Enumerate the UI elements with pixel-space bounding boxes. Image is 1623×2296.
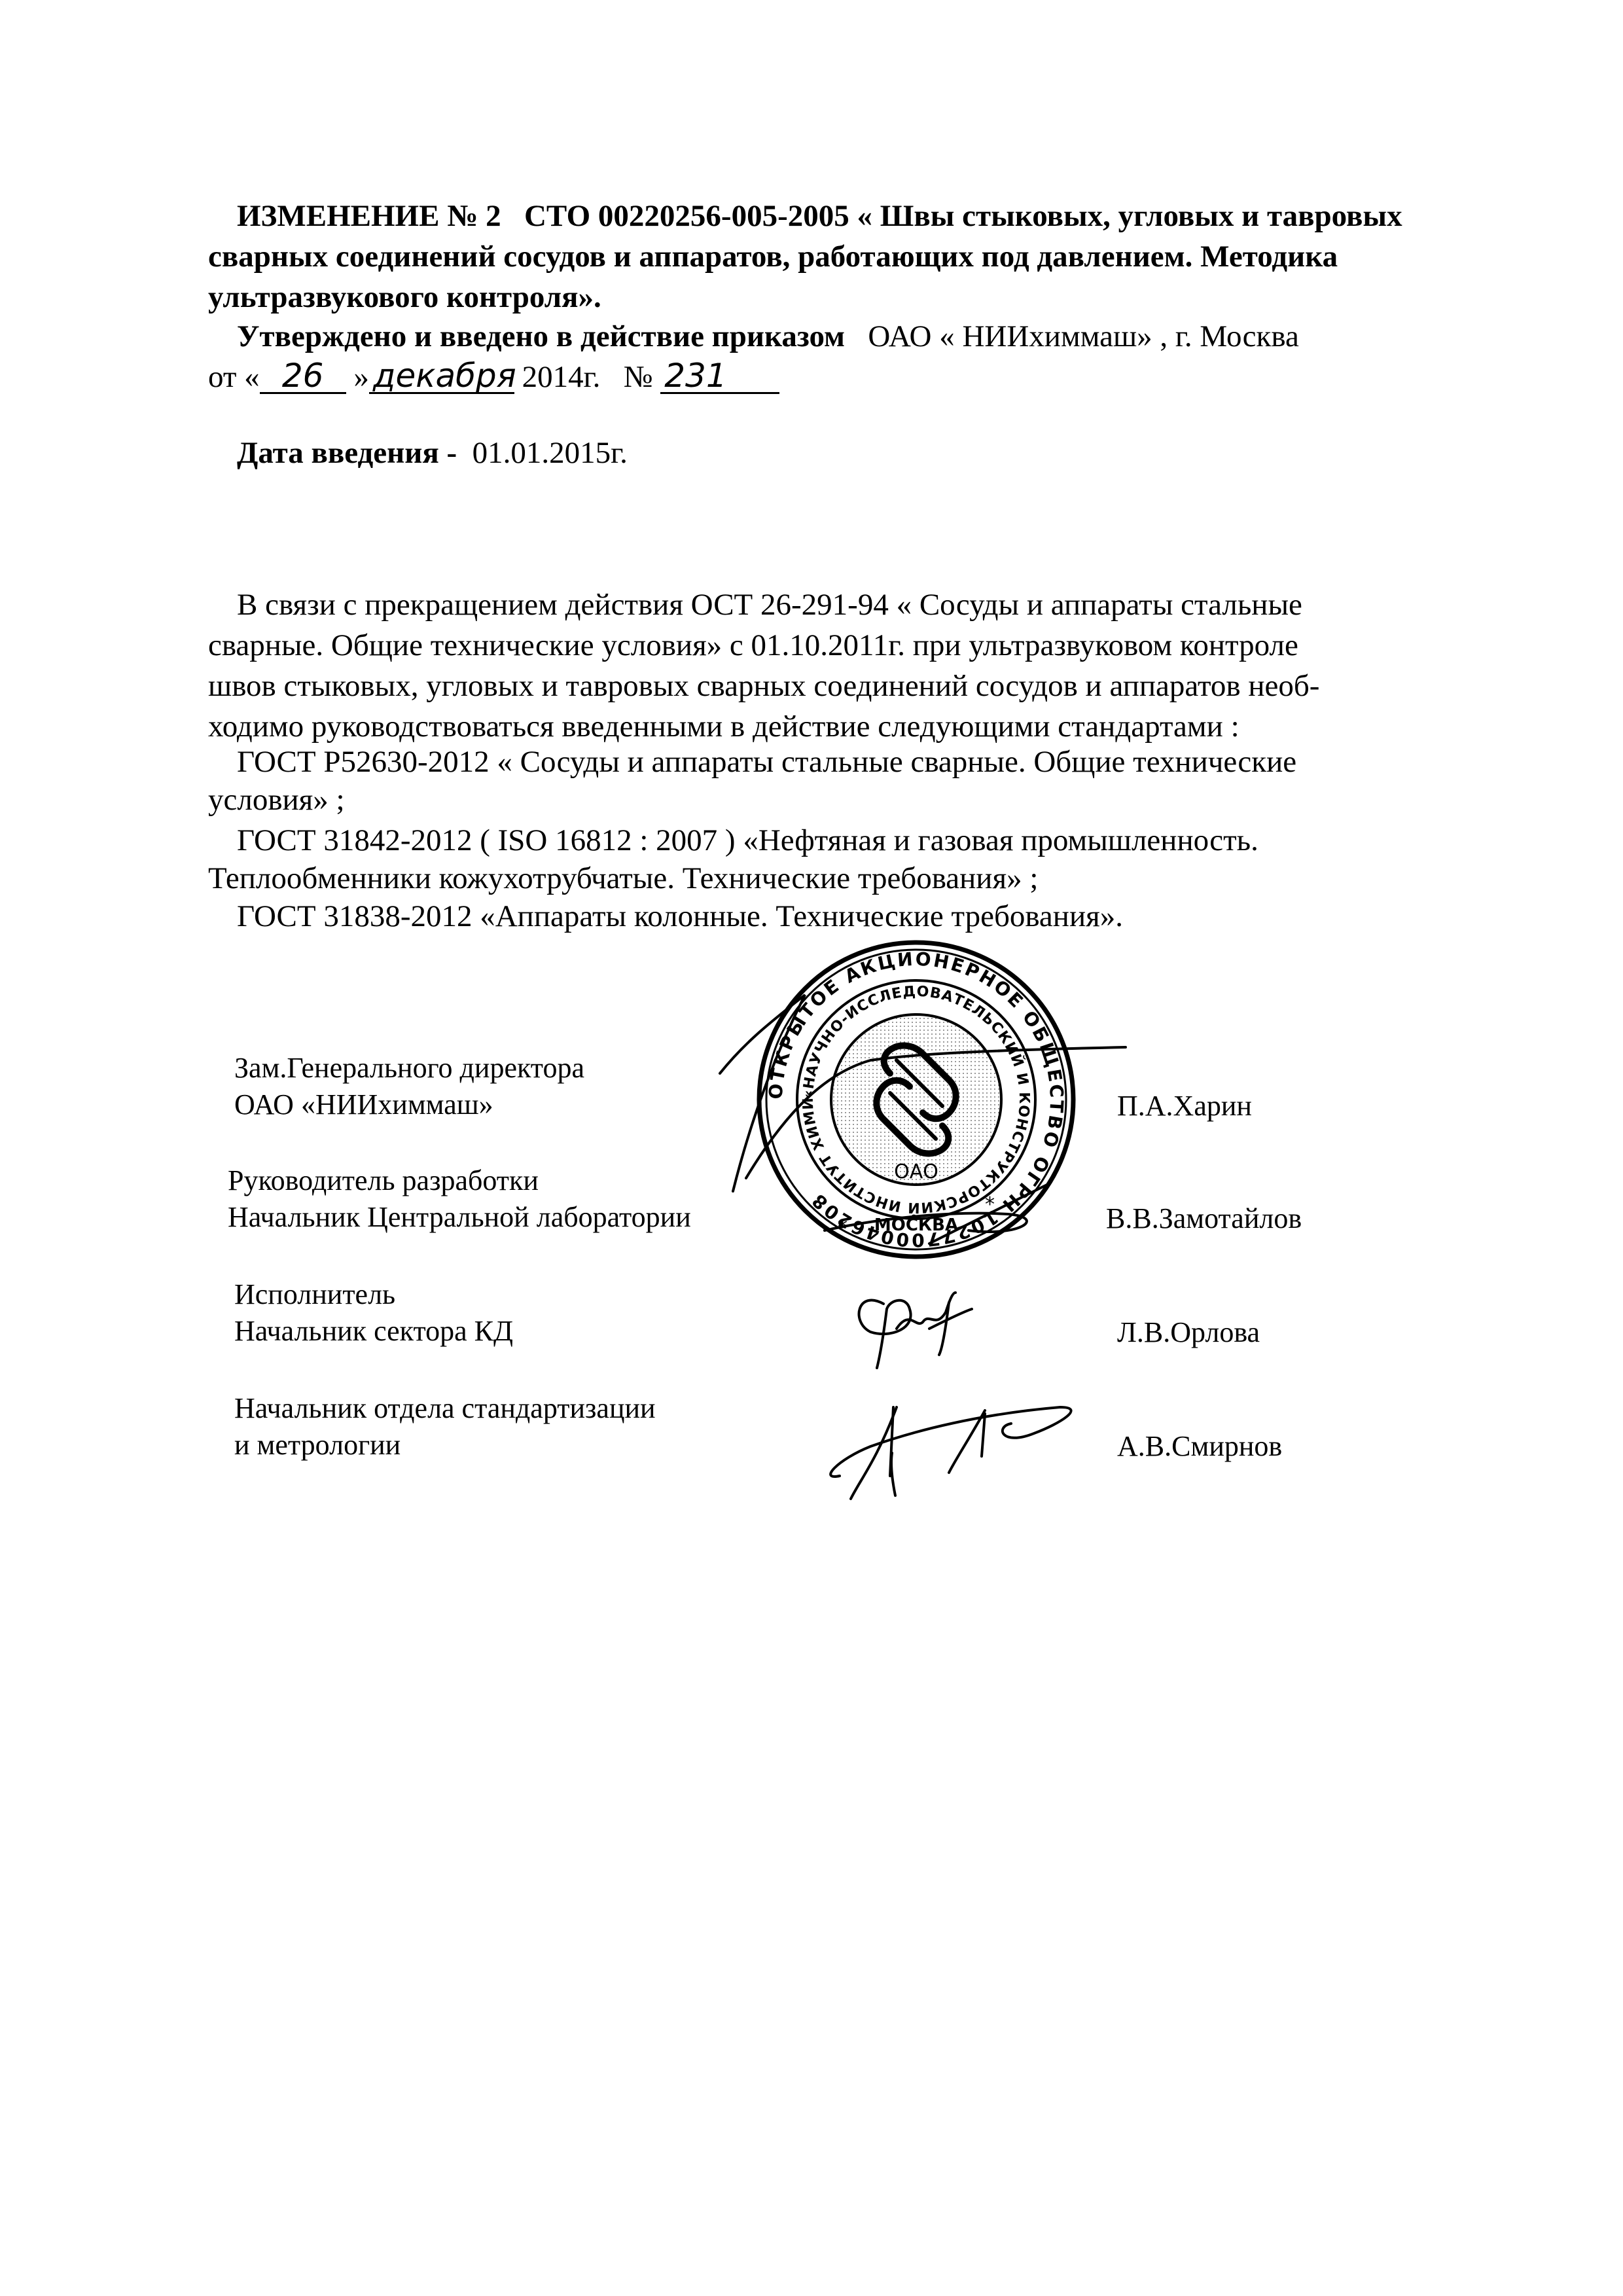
company-seal-icon: ОТКРЫТОЕ АКЦИОНЕРНОЕ ОБЩЕСТВО ОГРН 10277… [0,0,1073,1257]
signature-orlova-icon [859,1293,972,1368]
document-page: ИЗМЕНЕНИЕ № 2 СТО 00220256-005-2005 « Шв… [0,0,1623,2296]
svg-text:ОАО: ОАО [894,1160,938,1183]
signature-smirnov-icon [830,1407,1071,1499]
stamp-and-signatures: ОТКРЫТОЕ АКЦИОНЕРНОЕ ОБЩЕСТВО ОГРН 10277… [0,0,1623,2296]
